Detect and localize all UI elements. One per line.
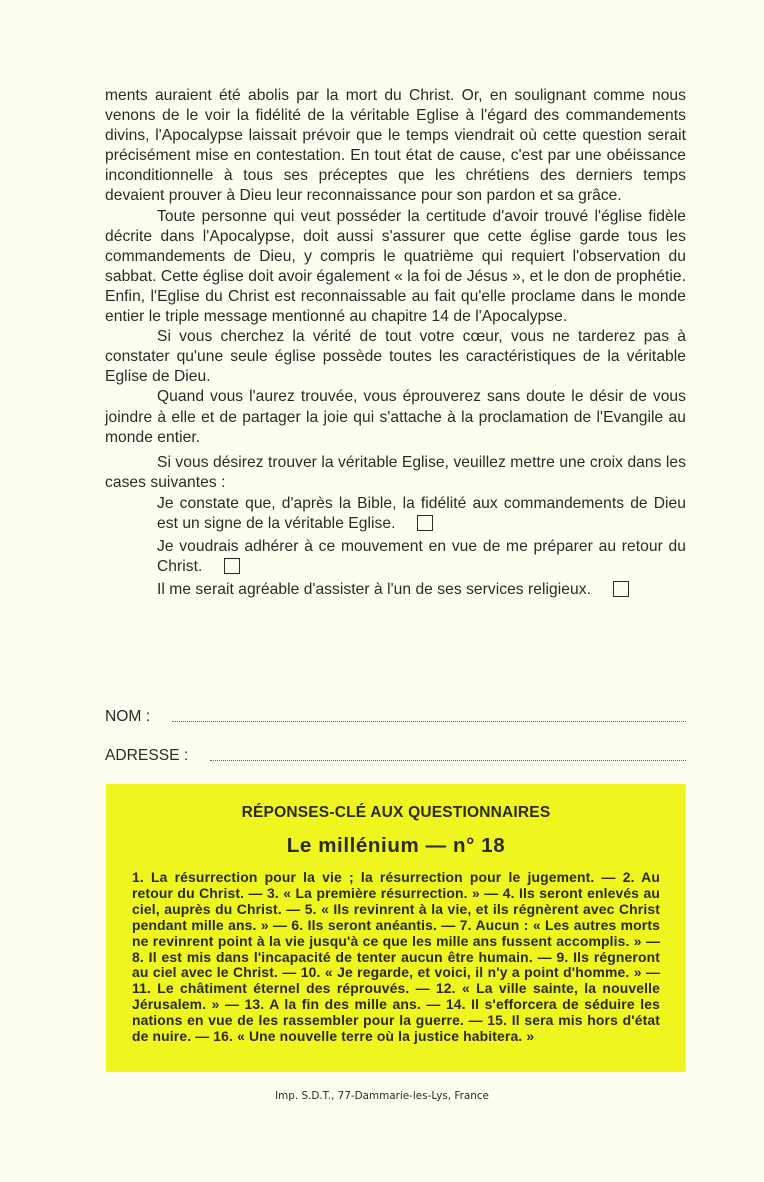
body-text: ments auraient été abolis par la mort du…	[105, 86, 686, 603]
paragraph-instructions: Si vous désirez trouver la véritable Egl…	[105, 453, 686, 493]
checkbox-join-movement[interactable]	[224, 558, 240, 574]
name-label: NOM :	[105, 708, 150, 726]
answer-key-box: RÉPONSES-CLÉ AUX QUESTIONNAIRES Le millé…	[106, 784, 686, 1072]
paragraph-join: Quand vous l'aurez trouvée, vous éprouve…	[105, 387, 686, 447]
checkbox-item-attend-service: Il me serait agréable d'assister à l'un …	[157, 580, 686, 600]
answer-key-title: Le millénium — n° 18	[106, 834, 686, 858]
printer-imprint: Imp. S.D.T., 77-Dammarie-les-Lys, France	[0, 1090, 764, 1102]
checkbox-item-join-movement: Je voudrais adhérer à ce mouvement en vu…	[157, 537, 686, 577]
paragraph-commandments: ments auraient été abolis par la mort du…	[105, 86, 686, 207]
name-field: NOM :	[105, 706, 686, 726]
name-input-line[interactable]	[172, 720, 686, 722]
paragraph-faithful-church: Toute personne qui veut posséder la cert…	[105, 207, 686, 328]
answer-key-text: 1. La résurrection pour la vie ; la résu…	[132, 870, 660, 1045]
answer-key-heading: RÉPONSES-CLÉ AUX QUESTIONNAIRES	[106, 804, 686, 822]
address-label: ADRESSE :	[105, 747, 188, 765]
checkbox-attend-service[interactable]	[613, 581, 629, 597]
checkbox-item-commandments: Je constate que, d'après la Bible, la fi…	[157, 494, 686, 534]
checkbox-label: Il me serait agréable d'assister à l'un …	[157, 581, 591, 598]
paragraph-seek-truth: Si vous cherchez la vérité de tout votre…	[105, 327, 686, 387]
address-input-line[interactable]	[210, 759, 686, 761]
document-page: ments auraient été abolis par la mort du…	[0, 0, 764, 1182]
address-field: ADRESSE :	[105, 745, 686, 765]
checkbox-commandments[interactable]	[417, 515, 433, 531]
checkbox-list: Je constate que, d'après la Bible, la fi…	[157, 494, 686, 600]
